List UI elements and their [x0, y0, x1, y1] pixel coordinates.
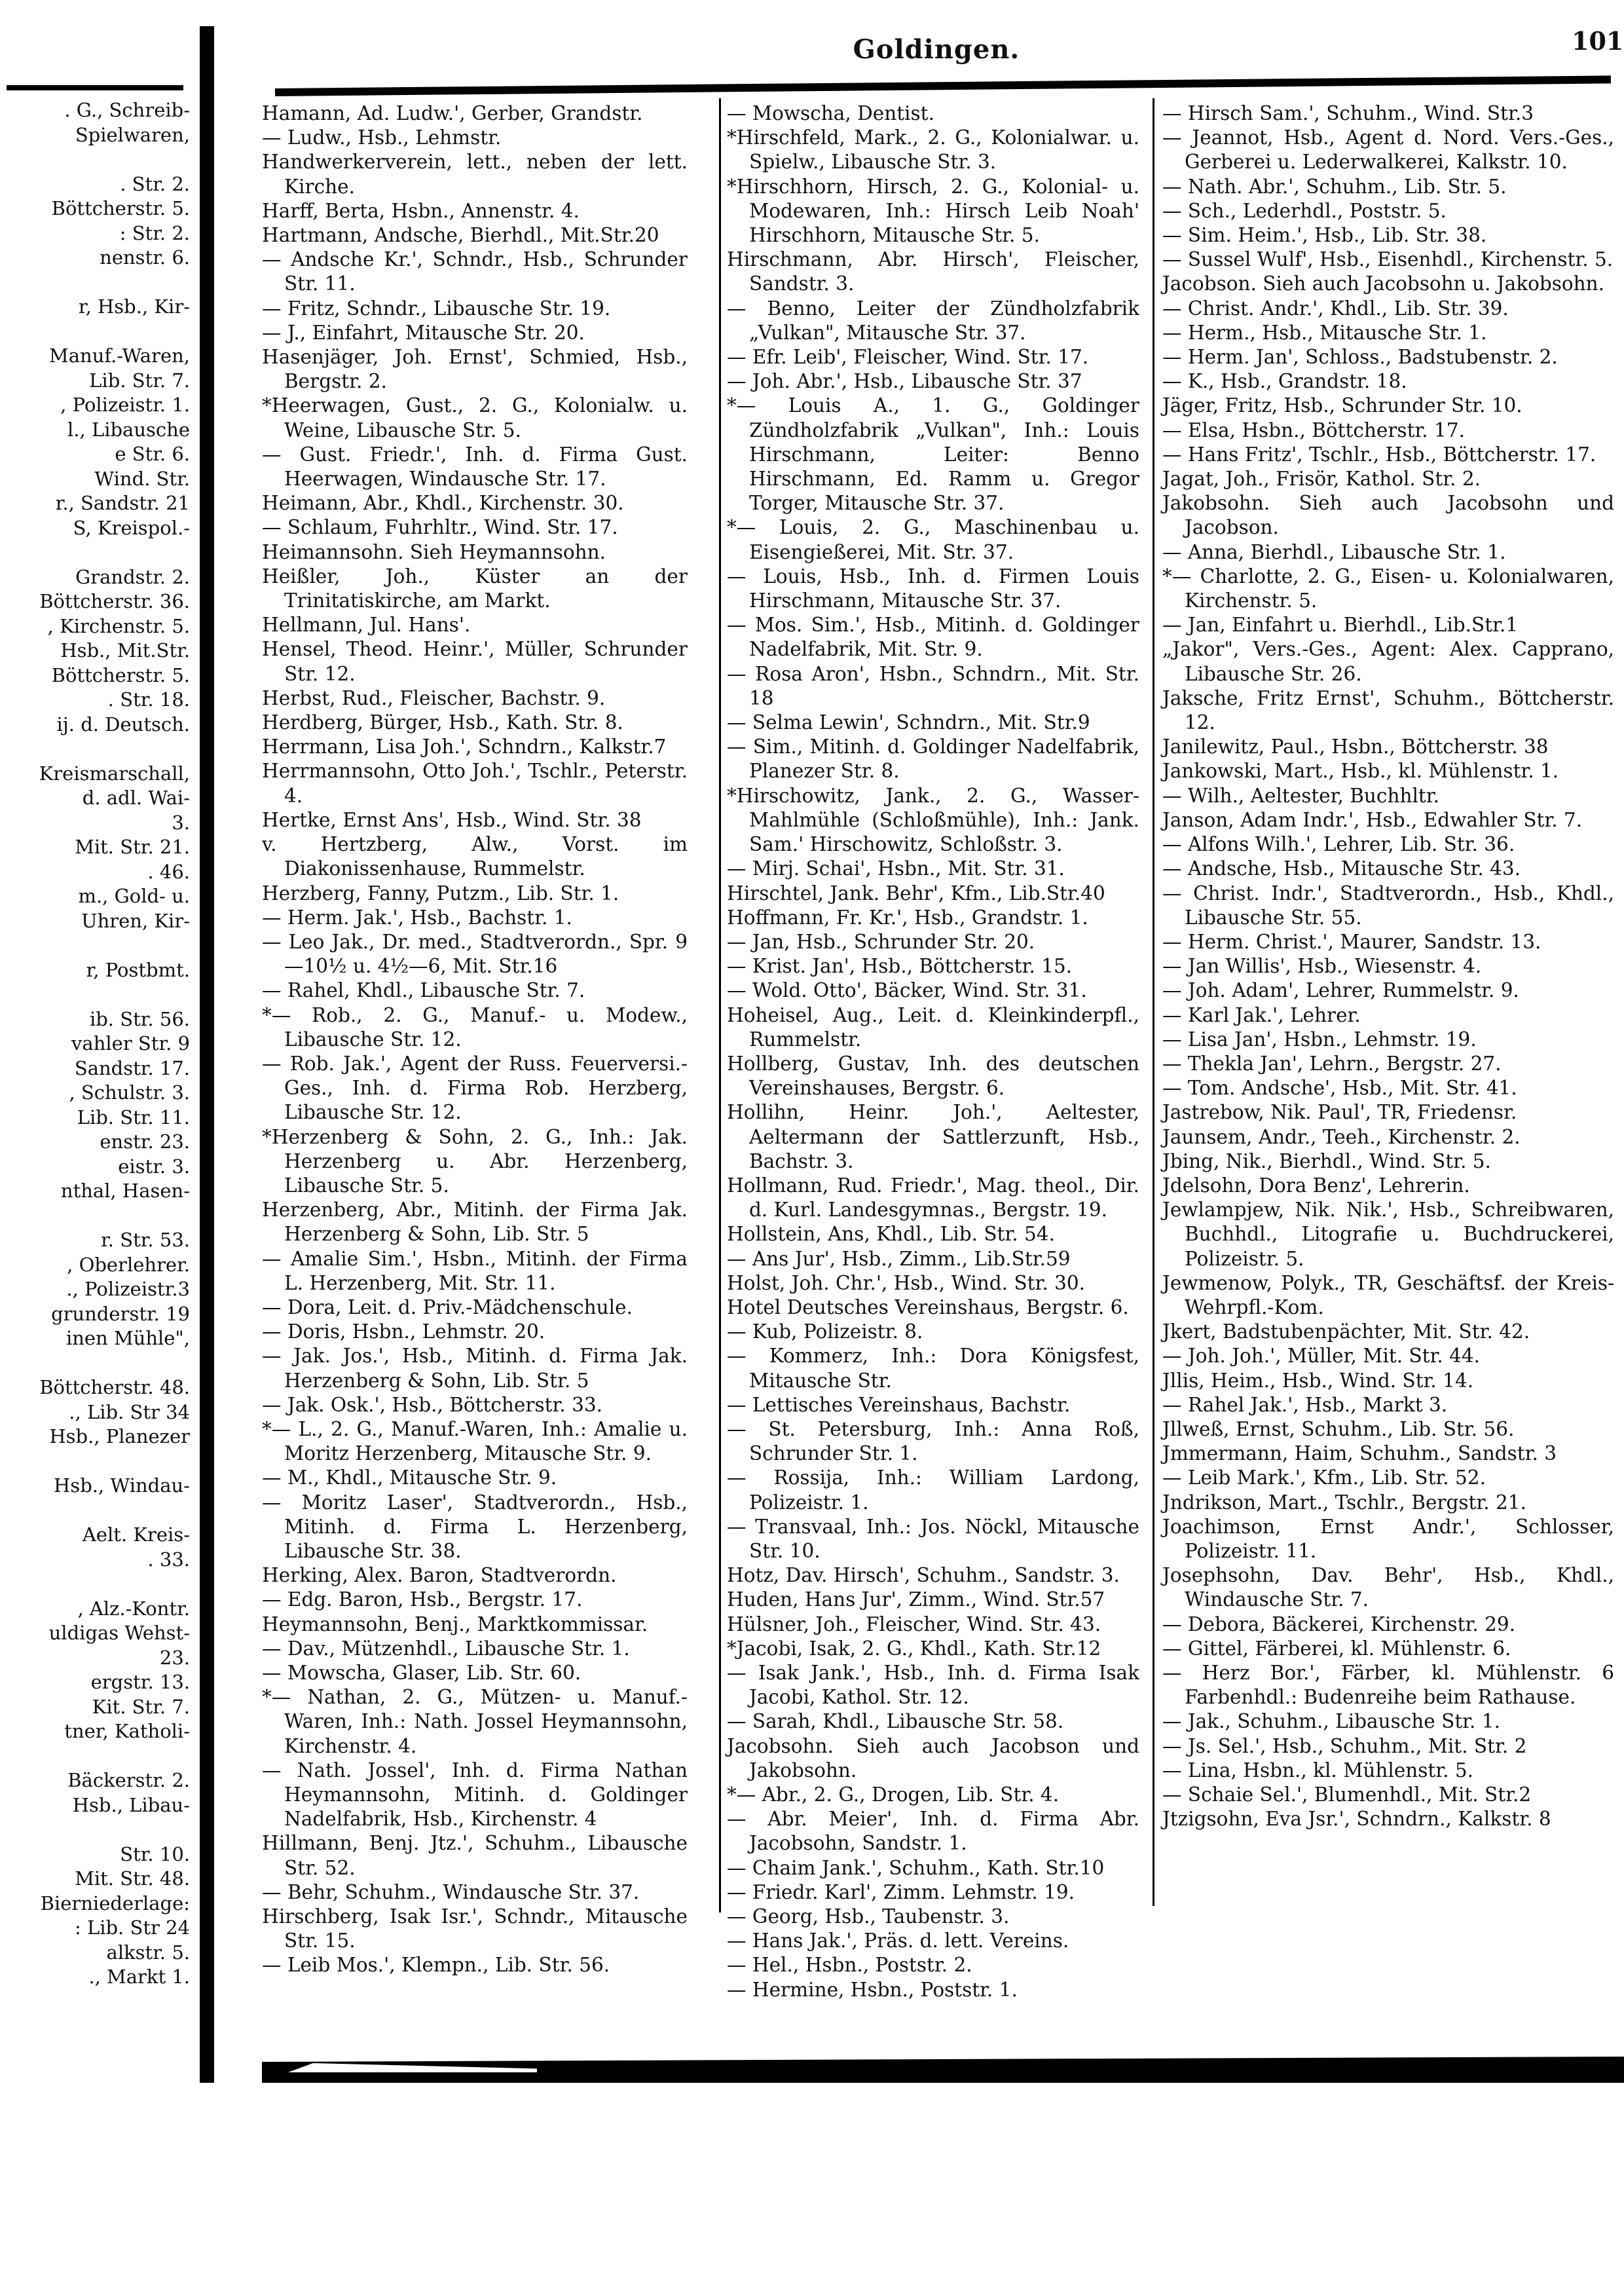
fragment-line: [0, 1351, 190, 1376]
fragment-line: Manuf.-Waren,: [0, 344, 190, 369]
directory-entry: Joachimson, Ernst Andr.', Schlosser, Pol…: [1162, 1515, 1614, 1563]
directory-entry: — Rob. Jak.', Agent der Russ. Feuerversi…: [262, 1052, 688, 1125]
fragment-line: Sandstr. 17.: [0, 1056, 190, 1081]
directory-entry: — Andsche Kr.', Schndr., Hsb., Schrunder…: [262, 248, 688, 296]
directory-entry: Jkert, Badstubenpächter, Mit. Str. 42.: [1162, 1320, 1614, 1344]
fragment-line: . G., Schreib-: [0, 98, 190, 123]
fragment-line: r, Postbmt.: [0, 958, 190, 983]
directory-entry: Heimann, Abr., Khdl., Kirchenstr. 30.: [262, 491, 688, 515]
directory-entry: — Kub, Polizeistr. 8.: [727, 1320, 1139, 1344]
directory-entry: — Selma Lewin', Schndrn., Mit. Str.9: [727, 711, 1139, 735]
directory-entry: — Behr, Schuhm., Windausche Str. 37.: [262, 1880, 688, 1905]
directory-entry: Hellmann, Jul. Hans'.: [262, 613, 688, 637]
directory-entry: — Rosa Aron', Hsbn., Schndrn., Mit. Str.…: [727, 662, 1139, 711]
directory-entry: Herking, Alex. Baron, Stadtverordn.: [262, 1563, 688, 1588]
directory-entry: Jndrikson, Mart., Tschlr., Bergstr. 21.: [1162, 1491, 1614, 1515]
page-number: 101: [1572, 26, 1623, 56]
directory-entry: Herrmannsohn, Otto Joh.', Tschlr., Peter…: [262, 759, 688, 808]
directory-entry: — Nath. Jossel', Inh. d. Firma Nathan He…: [262, 1759, 688, 1832]
directory-entry: Jankowski, Mart., Hsb., kl. Mühlenstr. 1…: [1162, 759, 1614, 783]
directory-entry: — Jan, Einfahrt u. Bierhdl., Lib.Str.1: [1162, 613, 1614, 637]
fragment-line: [0, 1449, 190, 1474]
directory-entry: *— Nathan, 2. G., Mützen- u. Manuf.-Ware…: [262, 1685, 688, 1759]
directory-entry: Hollberg, Gustav, Inh. des deutschen Ver…: [727, 1052, 1139, 1100]
fragment-line: enstr. 23.: [0, 1130, 190, 1155]
fragment-line: Hsb., Mit.Str.: [0, 639, 190, 663]
directory-entry: — Kommerz, Inh.: Dora Königsfest, Mitaus…: [727, 1344, 1139, 1392]
directory-entry: *— Rob., 2. G., Manuf.- u. Modew., Libau…: [262, 1003, 688, 1052]
directory-entry: *— Charlotte, 2. G., Eisen- u. Kolonialw…: [1162, 565, 1614, 613]
directory-entry: — Sch., Lederhdl., Poststr. 5.: [1162, 199, 1614, 223]
fragment-line: Hsb., Libau-: [0, 1793, 190, 1818]
fragment-line: [0, 1818, 190, 1842]
directory-entry: Jbing, Nik., Bierhdl., Wind. Str. 5.: [1162, 1149, 1614, 1174]
directory-entry: v. Hertzberg, Alw., Vorst. im Diakonisse…: [262, 832, 688, 881]
fragment-line: [0, 982, 190, 1007]
directory-entry: — Wold. Otto', Bäcker, Wind. Str. 31.: [727, 979, 1139, 1003]
fragment-line: [0, 1204, 190, 1229]
directory-entry: — Andsche, Hsb., Mitausche Str. 43.: [1162, 857, 1614, 881]
fragment-line: Mit. Str. 48.: [0, 1867, 190, 1892]
column-1: Hamann, Ad. Ludw.', Gerber, Grandstr.— L…: [262, 102, 688, 1978]
fragment-line: [0, 933, 190, 958]
directory-entry: Herrmann, Lisa Joh.', Schndrn., Kalkstr.…: [262, 735, 688, 759]
directory-entry: — Herm. Jan', Schloss., Badstubenstr. 2.: [1162, 345, 1614, 369]
directory-entry: Heißler, Joh., Küster an der Trinitatisk…: [262, 565, 688, 613]
fragment-line: , Alz.-Kontr.: [0, 1597, 190, 1622]
directory-entry: — Efr. Leib', Fleischer, Wind. Str. 17.: [727, 345, 1139, 369]
directory-entry: — Js. Sel.', Hsb., Schuhm., Mit. Str. 2: [1162, 1734, 1614, 1759]
directory-entry: — Joh. Abr.', Hsb., Libausche Str. 37: [727, 369, 1139, 394]
directory-entry: — Herm., Hsb., Mitausche Str. 1.: [1162, 321, 1614, 345]
directory-entry: — J., Einfahrt, Mitausche Str. 20.: [262, 321, 688, 345]
fragment-line: , Polizeistr. 1.: [0, 393, 190, 418]
fragment-line: Kit. Str. 7.: [0, 1695, 190, 1720]
fragment-line: d. adl. Wai-: [0, 786, 190, 811]
directory-entry: — Sussel Wulf', Hsb., Eisenhdl., Kirchen…: [1162, 248, 1614, 272]
fragment-line: . 33.: [0, 1548, 190, 1573]
fragment-line: . Str. 2.: [0, 172, 190, 197]
fragment-line: alkstr. 5.: [0, 1941, 190, 1966]
directory-entry: — Leib Mark.', Kfm., Lib. Str. 52.: [1162, 1466, 1614, 1490]
fragment-line: r. Str. 53.: [0, 1228, 190, 1253]
directory-entry: — Rossija, Inh.: William Lardong, Polize…: [727, 1466, 1139, 1514]
fragment-line: [0, 1744, 190, 1769]
directory-entry: — Mirj. Schai', Hsbn., Mit. Str. 31.: [727, 857, 1139, 881]
directory-entry: *— Abr., 2. G., Drogen, Lib. Str. 4.: [727, 1783, 1139, 1807]
directory-entry: Hoffmann, Fr. Kr.', Hsb., Grandstr. 1.: [727, 906, 1139, 930]
directory-entry: — Hans Jak.', Präs. d. lett. Vereins.: [727, 1929, 1139, 1953]
fragment-line: . Str. 18.: [0, 688, 190, 713]
directory-entry: Holst, Joh. Chr.', Hsb., Wind. Str. 30.: [727, 1271, 1139, 1296]
directory-entry: Hasenjäger, Joh. Ernst', Schmied, Hsb., …: [262, 345, 688, 394]
left-page-fragment: . G., Schreib-Spielwaren,. Str. 2.Böttch…: [0, 98, 190, 1990]
fragment-line: r, Hsb., Kir-: [0, 295, 190, 320]
directory-entry: — Dora, Leit. d. Priv.-Mädchenschule.: [262, 1296, 688, 1320]
directory-entry: — Alfons Wilh.', Lehrer, Lib. Str. 36.: [1162, 832, 1614, 857]
fragment-line: 3.: [0, 811, 190, 836]
directory-entry: — Friedr. Karl', Zimm. Lehmstr. 19.: [727, 1880, 1139, 1905]
fragment-line: Spielwaren,: [0, 123, 190, 148]
directory-entry: — Gittel, Färberei, kl. Mühlenstr. 6.: [1162, 1637, 1614, 1661]
fragment-line: nenstr. 6.: [0, 246, 190, 271]
directory-entry: — Debora, Bäckerei, Kirchenstr. 29.: [1162, 1613, 1614, 1637]
directory-entry: — Jan Willis', Hsb., Wiesenstr. 4.: [1162, 954, 1614, 979]
fragment-line: Lib. Str. 7.: [0, 369, 190, 394]
directory-entry: — M., Khdl., Mitausche Str. 9.: [262, 1466, 688, 1490]
directory-entry: — St. Petersburg, Inh.: Anna Roß, Schrun…: [727, 1417, 1139, 1466]
directory-entry: — Christ. Indr.', Stadtverordn., Hsb., K…: [1162, 882, 1614, 930]
fragment-line: Böttcherstr. 5.: [0, 196, 190, 221]
directory-entry: Herzenberg, Abr., Mitinh. der Firma Jak.…: [262, 1198, 688, 1246]
directory-entry: — Elsa, Hsbn., Böttcherstr. 17.: [1162, 419, 1614, 443]
binding-gutter: [200, 26, 214, 2083]
directory-entry: Jäger, Fritz, Hsb., Schrunder Str. 10.: [1162, 394, 1614, 418]
directory-entry: — Krist. Jan', Hsb., Böttcherstr. 15.: [727, 954, 1139, 979]
fragment-line: , Schulstr. 3.: [0, 1081, 190, 1106]
column-divider: [719, 98, 721, 1912]
fragment-line: Kreismarschall,: [0, 762, 190, 787]
fragment-line: eistr. 3.: [0, 1155, 190, 1180]
directory-entry: Janilewitz, Paul., Hsbn., Böttcherstr. 3…: [1162, 735, 1614, 759]
directory-entry: Heymannsohn, Benj., Marktkommissar.: [262, 1613, 688, 1637]
directory-entry: Josephsohn, Dav. Behr', Hsb., Khdl., Win…: [1162, 1563, 1614, 1612]
fragment-line: [0, 320, 190, 345]
directory-entry: Jaksche, Fritz Ernst', Schuhm., Böttcher…: [1162, 686, 1614, 735]
directory-entry: — Fritz, Schndr., Libausche Str. 19.: [262, 297, 688, 321]
fragment-line: Böttcherstr. 5.: [0, 663, 190, 688]
directory-entry: — Mos. Sim.', Hsb., Mitinh. d. Goldinger…: [727, 613, 1139, 662]
directory-entry: — Rahel Jak.', Hsb., Markt 3.: [1162, 1393, 1614, 1417]
directory-entry: — Lisa Jan', Hsbn., Lehmstr. 19.: [1162, 1028, 1614, 1052]
fragment-line: r., Sandstr. 21: [0, 491, 190, 516]
fragment-line: uldigas Wehst-: [0, 1621, 190, 1646]
fragment-line: : Str. 2.: [0, 221, 190, 246]
fragment-rule: [7, 85, 183, 90]
fragment-line: : Lib. Str 24: [0, 1916, 190, 1941]
directory-entry: — Karl Jak.', Lehrer.: [1162, 1003, 1614, 1028]
column-divider: [1153, 98, 1154, 1906]
directory-entry: — Ans Jur', Hsb., Zimm., Lib.Str.59: [727, 1247, 1139, 1271]
directory-entry: — Isak Jank.', Hsb., Inh. d. Firma Isak …: [727, 1661, 1139, 1709]
fragment-line: grunderstr. 19: [0, 1302, 190, 1327]
directory-entry: — Ludw., Hsb., Lehmstr.: [262, 126, 688, 150]
directory-entry: Hirschberg, Isak Isr.', Schndr., Mitausc…: [262, 1905, 688, 1953]
directory-entry: — Lina, Hsbn., kl. Mühlenstr. 5.: [1162, 1759, 1614, 1783]
directory-entry: *— L., 2. G., Manuf.-Waren, Inh.: Amalie…: [262, 1417, 688, 1466]
directory-entry: — Schaie Sel.', Blumenhdl., Mit. Str.2: [1162, 1783, 1614, 1807]
directory-entry: — Jak. Jos.', Hsb., Mitinh. d. Firma Jak…: [262, 1344, 688, 1392]
directory-entry: — Louis, Hsb., Inh. d. Firmen Louis Hirs…: [727, 565, 1139, 613]
directory-entry: — Thekla Jan', Lehrn., Bergstr. 27.: [1162, 1052, 1614, 1076]
directory-entry: — K., Hsb., Grandstr. 18.: [1162, 369, 1614, 394]
directory-entry: — Sim. Heim.', Hsb., Lib. Str. 38.: [1162, 223, 1614, 248]
directory-entry: — Mowscha, Dentist.: [727, 102, 1139, 126]
directory-entry: Handwerkerverein, lett., neben der lett.…: [262, 150, 688, 198]
directory-entry: — Herm. Jak.', Hsb., Bachstr. 1.: [262, 906, 688, 930]
directory-entry: Jtzigsohn, Eva Jsr.', Schndrn., Kalkstr.…: [1162, 1807, 1614, 1831]
directory-entry: Jacobsohn. Sieh auch Jacobson und Jakobs…: [727, 1734, 1139, 1783]
directory-entry: — Transvaal, Inh.: Jos. Nöckl, Mitausche…: [727, 1515, 1139, 1563]
directory-entry: — Joh. Joh.', Müller, Mit. Str. 44.: [1162, 1344, 1614, 1368]
column-2: — Mowscha, Dentist.*Hirschfeld, Mark., 2…: [727, 102, 1139, 2002]
directory-entry: Hertke, Ernst Ans', Hsb., Wind. Str. 38: [262, 808, 688, 832]
directory-entry: — Schlaum, Fuhrhltr., Wind. Str. 17.: [262, 515, 688, 540]
fragment-line: Uhren, Kir-: [0, 909, 190, 934]
fragment-line: Aelt. Kreis-: [0, 1523, 190, 1548]
directory-entry: — Abr. Meier', Inh. d. Firma Abr. Jacobs…: [727, 1807, 1139, 1856]
fragment-line: [0, 271, 190, 295]
directory-entry: Hoheisel, Aug., Leit. d. Kleinkinderpfl.…: [727, 1003, 1139, 1052]
fragment-line: [0, 737, 190, 762]
directory-entry: Jmmermann, Haim, Schuhm., Sandstr. 3: [1162, 1442, 1614, 1466]
directory-entry: Hensel, Theod. Heinr.', Müller, Schrunde…: [262, 637, 688, 686]
directory-entry: — Jak., Schuhm., Libausche Str. 1.: [1162, 1709, 1614, 1734]
directory-entry: Jdelsohn, Dora Benz', Lehrerin.: [1162, 1174, 1614, 1198]
fragment-line: inen Mühle",: [0, 1326, 190, 1351]
directory-entry: *— Louis, 2. G., Maschinenbau u. Eisengi…: [727, 515, 1139, 564]
fragment-line: Böttcherstr. 36.: [0, 589, 190, 614]
directory-entry: — Nath. Abr.', Schuhm., Lib. Str. 5.: [1162, 175, 1614, 199]
directory-entry: Hotel Deutsches Vereinshaus, Bergstr. 6.: [727, 1296, 1139, 1320]
fragment-line: . 46.: [0, 860, 190, 885]
directory-entry: — Dav., Mützenhdl., Libausche Str. 1.: [262, 1637, 688, 1661]
fragment-line: ergstr. 13.: [0, 1670, 190, 1695]
directory-entry: Herbst, Rud., Fleischer, Bachstr. 9.: [262, 686, 688, 711]
directory-entry: — Moritz Laser', Stadtverordn., Hsb., Mi…: [262, 1491, 688, 1564]
fragment-line: Lib. Str. 11.: [0, 1106, 190, 1130]
directory-entry: — Herm. Christ.', Maurer, Sandstr. 13.: [1162, 930, 1614, 954]
directory-entry: *Hirschhorn, Hirsch, 2. G., Kolonial- u.…: [727, 175, 1139, 248]
directory-entry: — Gust. Friedr.', Inh. d. Firma Gust. He…: [262, 443, 688, 491]
directory-entry: *— Louis A., 1. G., Goldinger Zündholzfa…: [727, 394, 1139, 515]
directory-entry: — Benno, Leiter der Zündholzfabrik „Vulk…: [727, 297, 1139, 345]
directory-entry: „Jakor", Vers.-Ges., Agent: Alex. Cappra…: [1162, 637, 1614, 686]
directory-entry: — Mowscha, Glaser, Lib. Str. 60.: [262, 1661, 688, 1685]
fragment-line: Wind. Str.: [0, 467, 190, 492]
directory-entry: *Heerwagen, Gust., 2. G., Kolonialw. u. …: [262, 394, 688, 442]
directory-entry: *Hirschowitz, Jank., 2. G., Wasser-Mahlm…: [727, 784, 1139, 857]
fragment-line: e Str. 6.: [0, 442, 190, 467]
directory-entry: — Leo Jak., Dr. med., Stadtverordn., Spr…: [262, 930, 688, 979]
fragment-line: ij. d. Deutsch.: [0, 713, 190, 737]
directory-entry: Jllweß, Ernst, Schuhm., Lib. Str. 56.: [1162, 1417, 1614, 1442]
column-3: — Hirsch Sam.', Schuhm., Wind. Str.3— Je…: [1162, 102, 1614, 1831]
directory-entry: *Jacobi, Isak, 2. G., Khdl., Kath. Str.1…: [727, 1637, 1139, 1661]
directory-entry: Hollmann, Rud. Friedr.', Mag. theol., Di…: [727, 1174, 1139, 1222]
directory-entry: Hirschtel, Jank. Behr', Kfm., Lib.Str.40: [727, 882, 1139, 906]
directory-entry: *Herzenberg & Sohn, 2. G., Inh.: Jak. He…: [262, 1125, 688, 1199]
directory-entry: Hartmann, Andsche, Bierhdl., Mit.Str.20: [262, 223, 688, 248]
directory-entry: — Jeannot, Hsb., Agent d. Nord. Vers.-Ge…: [1162, 126, 1614, 174]
directory-entry: — Tom. Andsche', Hsb., Mit. Str. 41.: [1162, 1076, 1614, 1100]
directory-entry: Jewlampjew, Nik. Nik.', Hsb., Schreibwar…: [1162, 1198, 1614, 1271]
directory-entry: Hotz, Dav. Hirsch', Schuhm., Sandstr. 3.: [727, 1563, 1139, 1588]
directory-entry: — Hel., Hsbn., Poststr. 2.: [727, 1953, 1139, 1977]
directory-entry: Hirschmann, Abr. Hirsch', Fleischer, San…: [727, 248, 1139, 296]
fragment-line: vahler Str. 9: [0, 1032, 190, 1056]
directory-entry: — Doris, Hsbn., Lehmstr. 20.: [262, 1320, 688, 1344]
fragment-line: ., Markt 1.: [0, 1965, 190, 1990]
fragment-line: Grandstr. 2.: [0, 565, 190, 590]
fragment-line: 23.: [0, 1646, 190, 1671]
fragment-line: Str. 10.: [0, 1842, 190, 1867]
fragment-line: Hsb., Windau-: [0, 1474, 190, 1499]
directory-entry: Hülsner, Joh., Fleischer, Wind. Str. 43.: [727, 1613, 1139, 1637]
fragment-line: ., Lib. Str 34: [0, 1400, 190, 1425]
fragment-line: m., Gold- u.: [0, 884, 190, 909]
fragment-line: , Oberlehrer.: [0, 1253, 190, 1278]
directory-entry: Jagat, Joh., Frisör, Kathol. Str. 2.: [1162, 467, 1614, 491]
directory-entry: — Rahel, Khdl., Libausche Str. 7.: [262, 979, 688, 1003]
directory-entry: — Joh. Adam', Lehrer, Rummelstr. 9.: [1162, 979, 1614, 1003]
directory-entry: Hollihn, Heinr. Joh.', Aeltester, Aelter…: [727, 1100, 1139, 1174]
fragment-line: Böttcherstr. 48.: [0, 1375, 190, 1400]
fragment-line: Bierniederlage:: [0, 1892, 190, 1916]
directory-entry: — Anna, Bierhdl., Libausche Str. 1.: [1162, 540, 1614, 565]
directory-entry: — Leib Mos.', Klempn., Lib. Str. 56.: [262, 1953, 688, 1977]
directory-entry: Hamann, Ad. Ludw.', Gerber, Grandstr.: [262, 102, 688, 126]
directory-entry: — Chaim Jank.', Schuhm., Kath. Str.10: [727, 1856, 1139, 1880]
fragment-line: [0, 147, 190, 172]
directory-entry: — Jan, Hsb., Schrunder Str. 20.: [727, 930, 1139, 954]
fragment-line: nthal, Hasen-: [0, 1179, 190, 1204]
directory-entry: Jllis, Heim., Hsb., Wind. Str. 14.: [1162, 1369, 1614, 1393]
fragment-line: S, Kreispol.-: [0, 516, 190, 541]
directory-entry: Hollstein, Ans, Khdl., Lib. Str. 54.: [727, 1222, 1139, 1246]
directory-entry: Harff, Berta, Hsbn., Annenstr. 4.: [262, 199, 688, 223]
directory-entry: — Lettisches Vereinshaus, Bachstr.: [727, 1393, 1139, 1417]
directory-entry: — Sim., Mitinh. d. Goldinger Nadelfabrik…: [727, 735, 1139, 783]
directory-entry: Heimannsohn. Sieh Heymannsohn.: [262, 540, 688, 565]
fragment-line: ib. Str. 56.: [0, 1007, 190, 1032]
fragment-line: l., Libausche: [0, 418, 190, 443]
directory-entry: — Jak. Osk.', Hsb., Böttcherstr. 33.: [262, 1393, 688, 1417]
directory-entry: — Christ. Andr.', Khdl., Lib. Str. 39.: [1162, 297, 1614, 321]
directory-entry: Jastrebow, Nik. Paul', TR, Friedensr.: [1162, 1100, 1614, 1125]
directory-entry: — Edg. Baron, Hsb., Bergstr. 17.: [262, 1588, 688, 1612]
directory-entry: — Hans Fritz', Tschlr., Hsb., Böttcherst…: [1162, 443, 1614, 467]
directory-entry: Huden, Hans Jur', Zimm., Wind. Str.57: [727, 1588, 1139, 1612]
fragment-line: [0, 540, 190, 565]
directory-entry: Jakobsohn. Sieh auch Jacobsohn und Jacob…: [1162, 491, 1614, 540]
directory-entry: Jacobson. Sieh auch Jacobsohn u. Jakobso…: [1162, 272, 1614, 296]
fragment-line: Hsb., Planezer: [0, 1425, 190, 1449]
directory-entry: — Wilh., Aeltester, Buchhltr.: [1162, 784, 1614, 808]
directory-entry: Jewmenow, Polyk., TR, Geschäftsf. der Kr…: [1162, 1271, 1614, 1320]
directory-entry: — Herz Bor.', Färber, kl. Mühlenstr. 6 F…: [1162, 1661, 1614, 1709]
directory-entry: — Amalie Sim.', Hsbn., Mitinh. der Firma…: [262, 1247, 688, 1296]
directory-entry: — Sarah, Khdl., Libausche Str. 58.: [727, 1709, 1139, 1734]
directory-entry: Hillmann, Benj. Jtz.', Schuhm., Libausch…: [262, 1831, 688, 1880]
directory-entry: Jaunsem, Andr., Teeh., Kirchenstr. 2.: [1162, 1125, 1614, 1149]
fragment-line: , Kirchenstr. 5.: [0, 614, 190, 639]
directory-entry: Herzberg, Fanny, Putzm., Lib. Str. 1.: [262, 882, 688, 906]
fragment-line: Bäckerstr. 2.: [0, 1768, 190, 1793]
fragment-line: ., Polizeistr.3: [0, 1277, 190, 1302]
fragment-line: Mit. Str. 21.: [0, 835, 190, 860]
directory-entry: Herdberg, Bürger, Hsb., Kath. Str. 8.: [262, 711, 688, 735]
fragment-line: tner, Katholi-: [0, 1719, 190, 1744]
fragment-line: [0, 1499, 190, 1523]
directory-entry: *Hirschfeld, Mark., 2. G., Kolonialwar. …: [727, 126, 1139, 174]
header-rule: [275, 75, 1611, 96]
directory-entry: — Hermine, Hsbn., Poststr. 1.: [727, 1978, 1139, 2002]
page-title: Goldingen.: [838, 34, 1035, 65]
fragment-line: [0, 1572, 190, 1597]
directory-entry: — Georg, Hsb., Taubenstr. 3.: [727, 1905, 1139, 1929]
directory-entry: Janson, Adam Indr.', Hsb., Edwahler Str.…: [1162, 808, 1614, 832]
directory-entry: — Hirsch Sam.', Schuhm., Wind. Str.3: [1162, 102, 1614, 126]
